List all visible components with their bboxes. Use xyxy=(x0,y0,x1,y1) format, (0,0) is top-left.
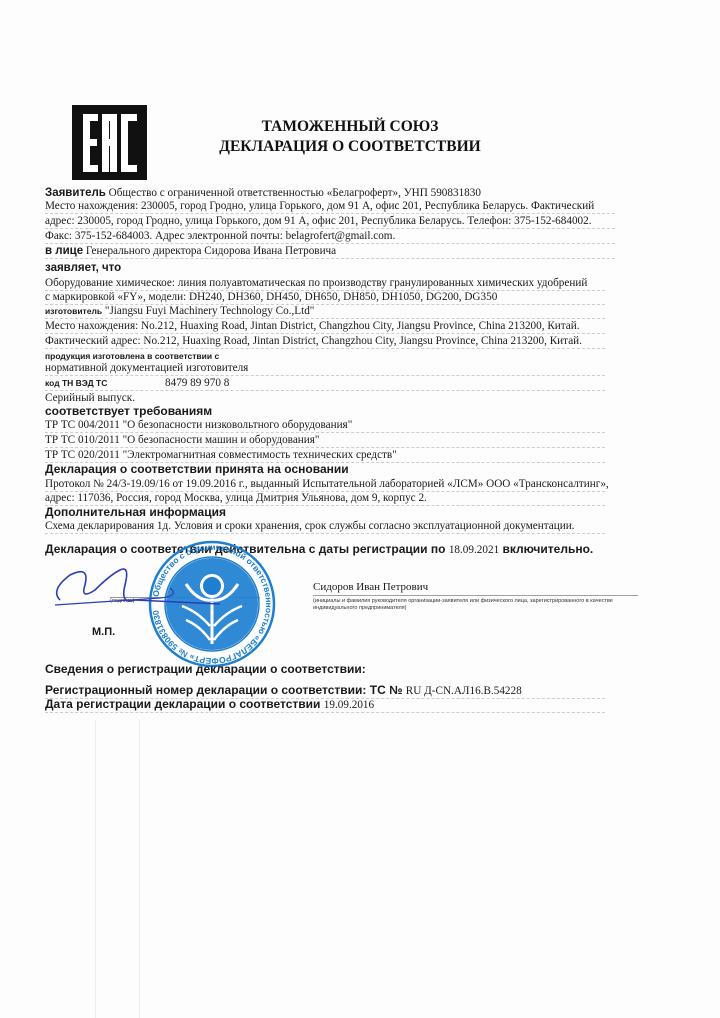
scan-margin-line xyxy=(139,720,140,1018)
code-line: код ТН ВЭД ТС 8479 89 970 8 xyxy=(45,377,605,391)
handwritten-signature-icon xyxy=(40,560,240,620)
applicant-address: Место нахождения: 230005, город Гродно, … xyxy=(45,200,615,214)
additional-label: Дополнительная информация xyxy=(45,506,226,519)
registration-date: 19.09.2016 xyxy=(324,699,374,711)
signatory-note: (инициалы и фамилия руководителя организ… xyxy=(313,598,643,612)
code-label: код ТН ВЭД ТС xyxy=(45,378,107,388)
eac-mark-icon xyxy=(81,112,139,174)
applicant-line: Заявитель Общество с ограниченной ответс… xyxy=(45,187,481,200)
validity-line: Декларация о соответствии действительна … xyxy=(45,543,593,557)
requirements-label: соответствует требованиям xyxy=(45,405,212,418)
manufacturer-actual-address: Фактический адрес: No.212, Huaxing Road,… xyxy=(45,335,605,349)
manufacturer-label: изготовитель xyxy=(45,306,102,316)
requirement-item: ТР ТС 010/2011 "О безопасности машин и о… xyxy=(45,434,605,448)
represented-label: в лице xyxy=(45,245,83,257)
basis-address: адрес: 117036, Россия, город Москва, ули… xyxy=(45,492,605,506)
manufacturer-line: изготовитель "Jiangsu Fuyi Machinery Tec… xyxy=(45,305,605,319)
eac-logo xyxy=(72,105,147,180)
product-models: с маркировкой «FY», модели: DH240, DH360… xyxy=(45,291,605,305)
represented-line: в лице Генерального директора Сидорова И… xyxy=(45,245,615,259)
requirement-item: ТР ТС 020/2011 "Электромагнитная совмест… xyxy=(45,449,605,463)
declares-label: заявляет, что xyxy=(45,262,121,275)
registration-title: Сведения о регистрации декларации о соот… xyxy=(45,663,366,676)
basis-label: Декларация о соответствии принята на осн… xyxy=(45,463,349,476)
applicant-label: Заявитель xyxy=(45,187,106,199)
manufacturer-address: Место нахождения: No.212, Huaxing Road, … xyxy=(45,320,605,334)
validity-date: 18.09.2021 xyxy=(449,544,499,556)
basis-protocol: Протокол № 24/3-19.09/16 от 19.09.2016 г… xyxy=(45,478,605,492)
requirement-item: ТР ТС 004/2011 "О безопасности низковоль… xyxy=(45,419,605,433)
registration-date-line: Дата регистрации декларации о соответств… xyxy=(45,698,605,713)
code-value: 8479 89 970 8 xyxy=(165,377,229,390)
product-description: Оборудование химическое: линия полуавтом… xyxy=(45,277,605,291)
signatory-name: Сидоров Иван Петрович xyxy=(313,581,638,596)
header-union: ТАМОЖЕННЫЙ СОЮЗ xyxy=(205,117,495,137)
additional-value: Схема декларирования 1д. Условия и сроки… xyxy=(45,520,605,534)
document-header: ТАМОЖЕННЫЙ СОЮЗ ДЕКЛАРАЦИЯ О СООТВЕТСТВИ… xyxy=(205,117,495,157)
scan-margin-line xyxy=(95,720,96,1018)
applicant-fax-email: Факс: 375-152-684003. Адрес электронной … xyxy=(45,230,615,244)
registration-number: RU Д-CN.АЛ16.В.54228 xyxy=(406,685,522,697)
produced-value: нормативной документацией изготовителя xyxy=(45,362,605,376)
header-declaration: ДЕКЛАРАЦИЯ О СООТВЕТСТВИИ xyxy=(205,137,495,157)
seal-place-label: М.П. xyxy=(92,626,115,638)
applicant-actual-address: адрес: 230005, город Гродно, улица Горьк… xyxy=(45,215,615,229)
